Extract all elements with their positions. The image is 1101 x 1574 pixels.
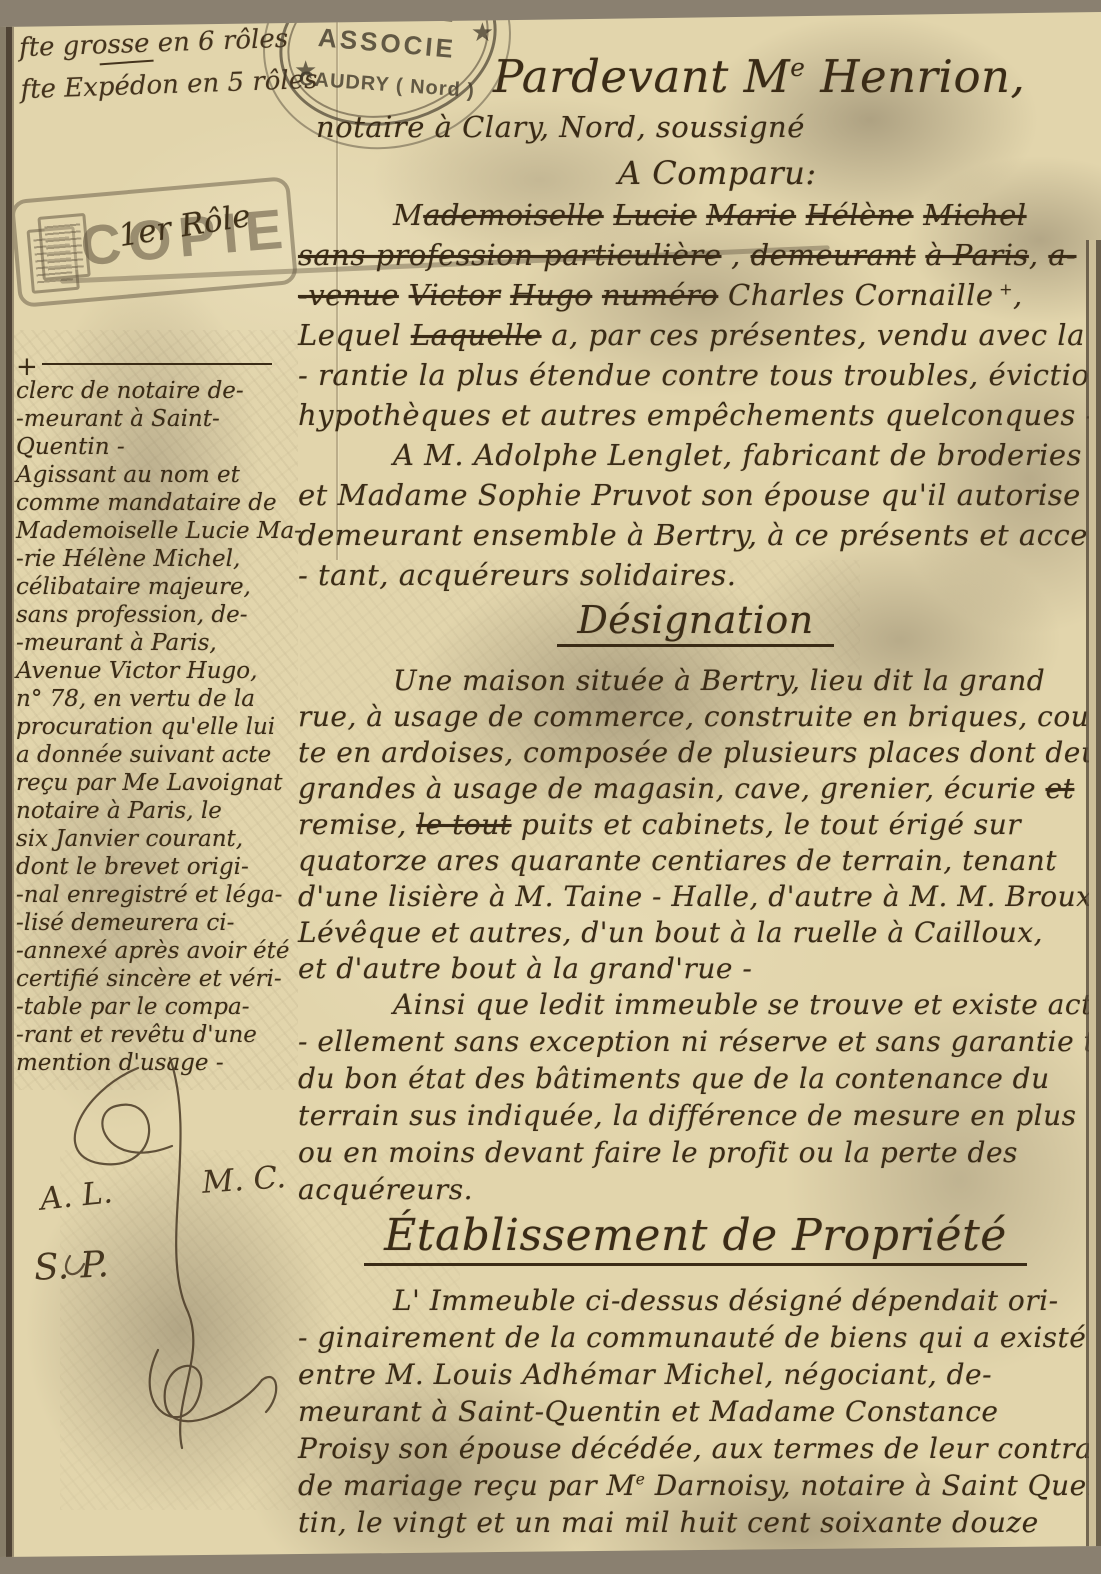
text-line: meurant à Saint-Quentin et Madame Consta… bbox=[298, 1395, 1093, 1432]
margin-note-line: clerc de notaire de- bbox=[16, 378, 292, 406]
renvoi-mark: + bbox=[16, 352, 292, 378]
margin-note-column: +clerc de notaire de--meurant à Saint-Qu… bbox=[16, 352, 292, 1078]
initials-adolphe-lenglet: A. L. bbox=[38, 1174, 114, 1217]
margin-note-line: Mademoiselle Lucie Ma- bbox=[16, 518, 292, 546]
section-heading: Désignation bbox=[298, 598, 1093, 664]
text-line: de mariage reçu par Me Darnoisy, notaire… bbox=[298, 1469, 1093, 1506]
margin-note-line: a donnée suivant acte bbox=[16, 742, 292, 770]
section-heading: Établissement de Propriété bbox=[298, 1210, 1093, 1284]
section-heading: Pardevant Me Henrion, bbox=[298, 50, 1093, 110]
scanned-notarial-document: fte grosse en 6 rôles fte Expédon en 5 r… bbox=[0, 0, 1101, 1574]
text-line: Mademoiselle Lucie Marie Hélène Michel bbox=[298, 198, 1093, 238]
margin-note-line: procuration qu'elle lui bbox=[16, 714, 292, 742]
text-line: ou en moins devant faire le profit ou la… bbox=[298, 1136, 1093, 1173]
margin-note-line: -meurant à Saint- bbox=[16, 406, 292, 434]
margin-note-line: comme mandataire de bbox=[16, 490, 292, 518]
text-line: te en ardoises, composée de plusieurs pl… bbox=[298, 736, 1093, 772]
margin-note-line: dont le brevet origi- bbox=[16, 854, 292, 882]
text-line: d'une lisière à M. Taine - Halle, d'autr… bbox=[298, 880, 1093, 916]
text-line: notaire à Clary, Nord, soussigné bbox=[298, 110, 1093, 154]
renvoi-rule bbox=[42, 363, 272, 365]
margin-note-line: Quentin - bbox=[16, 434, 292, 462]
margin-note-line: -annexé après avoir été bbox=[16, 938, 292, 966]
text-line: L' Immeuble ci-dessus désigné dépendait … bbox=[298, 1284, 1093, 1321]
margin-note-line: célibataire majeure, bbox=[16, 574, 292, 602]
margin-note-line: -rant et revêtu d'une bbox=[16, 1022, 292, 1050]
initials-charles-cornaille: M. C. bbox=[201, 1159, 287, 1201]
text-line: du bon état des bâtiments que de la cont… bbox=[298, 1062, 1093, 1099]
text-line: Lévêque et autres, d'un bout à la ruelle… bbox=[298, 916, 1093, 952]
signature-zone: A. L. M. C. S. P. bbox=[10, 1050, 300, 1490]
text-line: hypothèques et autres empêchements quelc… bbox=[298, 398, 1093, 438]
margin-note-line: n° 78, en vertu de la bbox=[16, 686, 292, 714]
text-line: A Comparu: bbox=[298, 154, 1093, 198]
initials-sophie-pruvot: S. P. bbox=[33, 1244, 110, 1289]
text-line: sans profession particulière , demeurant… bbox=[298, 238, 1093, 278]
margin-note-line: six Janvier courant, bbox=[16, 826, 292, 854]
page-binding-edge bbox=[0, 0, 16, 1574]
text-line: - ellement sans exception ni réserve et … bbox=[298, 1025, 1093, 1062]
text-line: Proisy son épouse décédée, aux termes de… bbox=[298, 1432, 1093, 1469]
margin-note-line: reçu par Me Lavoignat bbox=[16, 770, 292, 798]
text-line: - ginairement de la communauté de biens … bbox=[298, 1321, 1093, 1358]
margin-note-line: -table par le compa- bbox=[16, 994, 292, 1022]
text-line: - rantie la plus étendue contre tous tro… bbox=[298, 358, 1093, 398]
text-line: grandes à usage de magasin, cave, grenie… bbox=[298, 772, 1093, 808]
text-line: A M. Adolphe Lenglet, fabricant de brode… bbox=[298, 438, 1093, 478]
text-line: et d'autre bout à la grand'rue - bbox=[298, 952, 1093, 988]
margin-note-line: sans profession, de- bbox=[16, 602, 292, 630]
margin-note-line: -meurant à Paris, bbox=[16, 630, 292, 658]
text-line: Une maison située à Bertry, lieu dit la … bbox=[298, 664, 1093, 700]
star-icon: ★ bbox=[471, 18, 494, 48]
text-line: - tant, acquéreurs solidaires. bbox=[298, 558, 1093, 598]
margin-note-line: -lisé demeurera ci- bbox=[16, 910, 292, 938]
documents-icon bbox=[25, 214, 78, 288]
text-line: rue, à usage de commerce, construite en … bbox=[298, 700, 1093, 736]
main-text-column: Pardevant Me Henrion,notaire à Clary, No… bbox=[298, 50, 1093, 1543]
page-right-edge bbox=[1085, 240, 1101, 1550]
text-line: remise, le tout puits et cabinets, le to… bbox=[298, 808, 1093, 844]
document-page: fte grosse en 6 rôles fte Expédon en 5 r… bbox=[0, 0, 1101, 1574]
text-line: tin, le vingt et un mai mil huit cent so… bbox=[298, 1506, 1093, 1543]
text-line: et Madame Sophie Pruvot son épouse qu'il… bbox=[298, 478, 1093, 518]
text-line: quatorze ares quarante centiares de terr… bbox=[298, 844, 1093, 880]
margin-note-line: certifié sincère et véri- bbox=[16, 966, 292, 994]
margin-note-line: -nal enregistré et léga- bbox=[16, 882, 292, 910]
margin-note-line: -rie Hélène Michel, bbox=[16, 546, 292, 574]
margin-note-line: notaire à Paris, le bbox=[16, 798, 292, 826]
text-line: acquéreurs. bbox=[298, 1173, 1093, 1210]
text-line: -venue Victor Hugo numéro Charles Cornai… bbox=[298, 278, 1093, 318]
text-line: terrain sus indiquée, la différence de m… bbox=[298, 1099, 1093, 1136]
text-line: Lequel Laquelle a, par ces présentes, ve… bbox=[298, 318, 1093, 358]
text-line: Ainsi que ledit immeuble se trouve et ex… bbox=[298, 988, 1093, 1025]
text-line: entre M. Louis Adhémar Michel, négociant… bbox=[298, 1358, 1093, 1395]
margin-note-line: Agissant au nom et bbox=[16, 462, 292, 490]
margin-note-line: Avenue Victor Hugo, bbox=[16, 658, 292, 686]
text-line: demeurant ensemble à Bertry, à ce présen… bbox=[298, 518, 1093, 558]
